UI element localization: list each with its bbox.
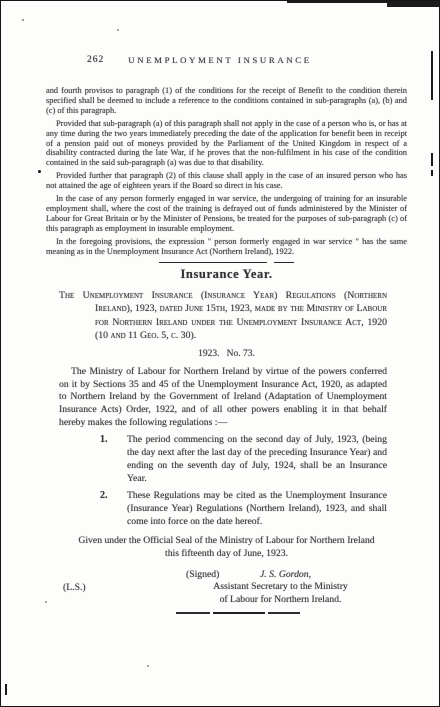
- scan-artifact: [431, 170, 433, 176]
- scanned-document-page: 262 UNEMPLOYMENT INSURANCE and fourth pr…: [0, 0, 440, 707]
- document-body: and fourth provisos to paragraph (1) of …: [46, 86, 407, 614]
- signed-label: (Signed): [186, 569, 260, 582]
- signature-title-line1: Assistant Secretary to the Ministry: [196, 581, 365, 594]
- scan-artifact: [431, 153, 433, 166]
- scan-artifact: [117, 29, 119, 31]
- seal-label: (L.S.): [63, 582, 86, 595]
- headnote-paragraph: In the case of any person formerly engag…: [46, 194, 407, 234]
- headnote-paragraph: Provided further that paragraph (2) of t…: [46, 171, 407, 191]
- section-divider: [46, 262, 407, 264]
- regulation-item-2: 2. These Regulations may be cited as the…: [100, 490, 387, 528]
- regulation-number: 2.: [100, 490, 127, 528]
- end-divider: [176, 612, 407, 614]
- headnote-paragraph: and fourth provisos to paragraph (1) of …: [46, 86, 407, 116]
- regulation-text: These Regulations may be cited as the Un…: [127, 490, 387, 528]
- regulation-text: The period commencing on the second day …: [127, 434, 387, 485]
- running-header-title: UNEMPLOYMENT INSURANCE: [1, 55, 439, 65]
- preamble-paragraph: The Ministry of Labour for Northern Irel…: [59, 366, 387, 430]
- headnote-paragraph: In the foregoing provisions, the express…: [46, 237, 407, 257]
- signature-title-line2: of Labour for Northern Ireland.: [196, 594, 365, 607]
- section-heading: Insurance Year.: [46, 267, 407, 282]
- scan-artifact: [5, 684, 7, 695]
- citation-number: 1923. No. 73.: [46, 349, 407, 359]
- sealing-clause: Given under the Official Seal of the Min…: [74, 535, 379, 560]
- signature-block: (Signed) J. S. Gordon, (L.S.) Assistant …: [46, 569, 407, 607]
- scan-artifact: [147, 665, 149, 667]
- scan-artifact: [22, 19, 24, 21]
- scan-artifact: [387, 1, 439, 7]
- regulation-item-1: 1. The period commencing on the second d…: [100, 434, 387, 485]
- page-number: 262: [87, 55, 104, 65]
- regulation-title: The Unemployment Insurance (Insurance Ye…: [59, 289, 387, 342]
- signature-name: J. S. Gordon,: [260, 569, 311, 582]
- scan-artifact: [38, 170, 41, 173]
- regulation-number: 1.: [100, 434, 127, 485]
- headnote-paragraph: Provided that sub-paragraph (a) of this …: [46, 119, 407, 169]
- running-head: 262 UNEMPLOYMENT INSURANCE: [1, 55, 439, 69]
